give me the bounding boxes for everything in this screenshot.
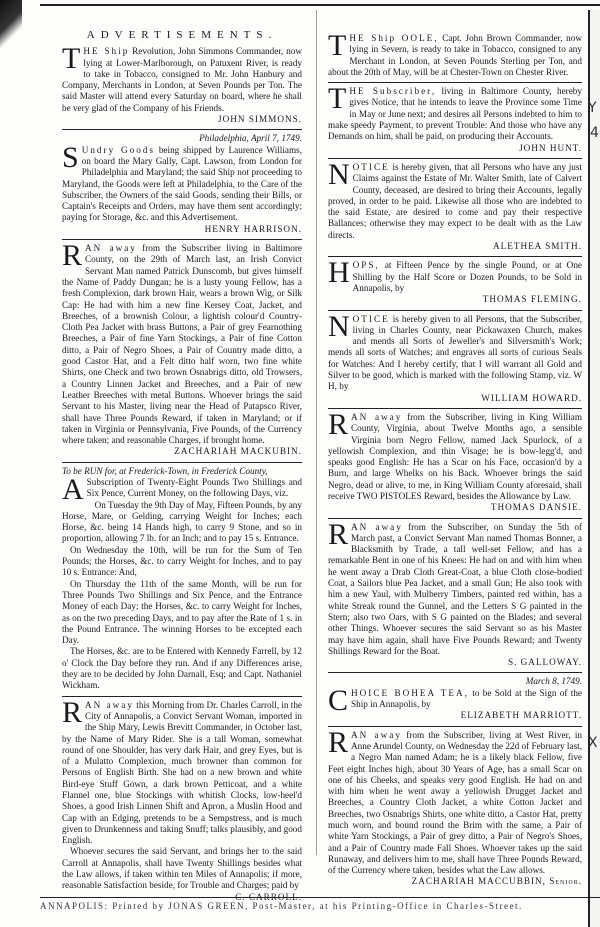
handwritten-mark-4: 4	[590, 125, 599, 141]
ad-paragraph: On Thursday the 11th of the same Month, …	[62, 579, 302, 647]
ad-frederick-town-race: To be RUN for, at Frederick-Town, in Fre…	[62, 463, 302, 697]
ad-ship-revolution: THE Ship Revolution, John Simmons Comman…	[62, 43, 302, 130]
drop-cap: R	[62, 244, 82, 268]
ad-paragraph: On Wednesday the 10th, will be run for t…	[62, 545, 302, 579]
signature: THOMAS DANSIE.	[328, 502, 582, 513]
drop-cap: A	[62, 478, 84, 502]
ad-runaway-adam: RAN away from the Subscriber, living at …	[328, 727, 582, 892]
left-column: ADVERTISEMENTS. THE Ship Revolution, Joh…	[62, 10, 302, 907]
drop-cap: H	[328, 261, 350, 285]
ad-text: Subscription of Twenty-Eight Pounds Two …	[87, 477, 302, 498]
signature: WILLIAM HOWARD.	[328, 393, 582, 404]
ad-text: from the Subscriber, living in King Will…	[328, 412, 582, 501]
ad-text: at Fifteen Pence by the single Pound, or…	[353, 260, 582, 293]
ad-text: from the Subscriber, on Sunday the 5th o…	[328, 522, 582, 656]
top-rule	[40, 4, 600, 6]
drop-cap: R	[62, 701, 82, 725]
ad-text: from the Subscriber living in Baltimore …	[62, 243, 302, 445]
drop-cap: N	[328, 315, 350, 339]
ad-walter-smith-estate: NOTICE is hereby given, that all Persons…	[328, 159, 582, 257]
signature: ALETHEA SMITH.	[328, 241, 582, 252]
signature: HENRY HARRISON.	[62, 224, 302, 235]
drop-cap: R	[328, 731, 348, 755]
page-edge-right	[588, 10, 600, 927]
ad-paragraph: Whoever secures the said Servant, and br…	[62, 846, 302, 891]
ad-runaway-thomas-bonner: RAN away from the Subscriber, on Sunday …	[328, 519, 582, 674]
ad-sundry-goods: Philadelphia, April 7, 1749. SUndry Good…	[62, 130, 302, 240]
column-divider	[316, 10, 317, 855]
footer-imprint: ANNAPOLIS: Printed by JONAS GREEN, Post-…	[40, 897, 600, 911]
drop-cap: N	[328, 163, 350, 187]
signature: THOMAS FLEMING.	[328, 294, 582, 305]
ad-text: from the Subscriber, living at West Rive…	[328, 730, 582, 876]
drop-cap: T	[328, 34, 346, 58]
signature: ZACHARIAH MACCUBBIN, Senior.	[328, 876, 582, 887]
dateline: March 8, 1749.	[328, 676, 582, 687]
right-column: THE Ship OOLE, Capt. John Brown Commande…	[328, 10, 582, 892]
handwritten-mark-y: Y	[588, 100, 597, 116]
ad-ship-oole: THE Ship OOLE, Capt. John Brown Commande…	[328, 30, 582, 83]
drop-cap: T	[328, 87, 346, 111]
ad-text: is hereby given to all Persons, that the…	[328, 314, 582, 392]
drop-cap: R	[328, 523, 348, 547]
ad-text: this Morning from Dr. Charles Carroll, i…	[62, 700, 302, 846]
dateline: Philadelphia, April 7, 1749.	[62, 133, 302, 144]
section-heading: ADVERTISEMENTS.	[62, 30, 302, 41]
ad-runaway-mary-rider: RAN away this Morning from Dr. Charles C…	[62, 697, 302, 907]
ad-hops: HOPS, at Fifteen Pence by the single Pou…	[328, 257, 582, 310]
handwritten-mark-x: X	[588, 735, 598, 751]
ad-bohea-tea: March 8, 1749. CHOICE BOHEA TEA, to be S…	[328, 673, 582, 726]
signature: JOHN SIMMONS.	[62, 114, 302, 125]
ad-text: is hereby given, that all Persons who ha…	[328, 162, 582, 240]
ad-paragraph: The Horses, &c. are to be Entered with K…	[62, 646, 302, 691]
ad-text: being shipped by Laurence Williams, on b…	[62, 145, 302, 223]
drop-cap: T	[62, 47, 80, 71]
ad-runaway-patrick-dunscomb: RAN away from the Subscriber living in B…	[62, 240, 302, 463]
signature: ZACHARIAH MACKUBIN.	[62, 446, 302, 457]
signature: S. GALLOWAY.	[328, 657, 582, 668]
signature: JOHN HUNT.	[328, 143, 582, 154]
dateline: To be RUN for, at Frederick-Town, in Fre…	[62, 466, 302, 477]
ad-runaway-jack-spurlock: RAN away from the Subscriber, living in …	[328, 409, 582, 519]
drop-cap: R	[328, 413, 348, 437]
ad-paragraph: On Tuesday the 9th Day of May, Fifteen P…	[62, 500, 302, 545]
ad-william-howard-jeweller: NOTICE is hereby given to all Persons, t…	[328, 311, 582, 409]
drop-cap: S	[62, 146, 79, 170]
page-edge-shadow	[0, 0, 22, 60]
drop-cap: C	[328, 689, 348, 713]
ad-john-hunt-notice: THE Subscriber, living in Baltimore Coun…	[328, 83, 582, 159]
signature: ELIZABETH MARRIOTT.	[328, 710, 582, 721]
newspaper-page: ADVERTISEMENTS. THE Ship Revolution, Joh…	[0, 0, 600, 927]
